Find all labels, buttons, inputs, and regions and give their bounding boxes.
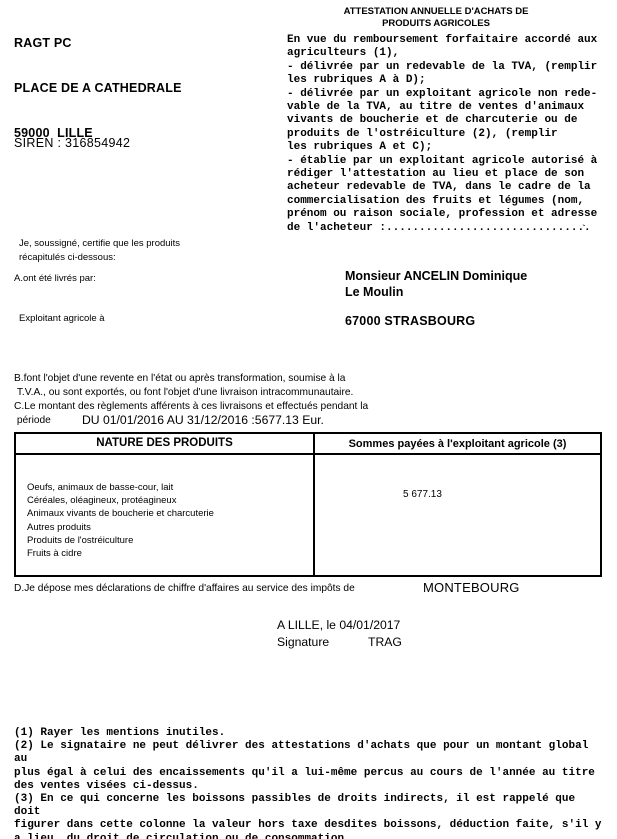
products-table: NATURE DES PRODUITS Sommes payées à l'ex…: [14, 432, 602, 577]
products-table-header: NATURE DES PRODUITS Sommes payées à l'ex…: [16, 434, 600, 455]
tax-office-name: MONTEBOURG: [423, 580, 520, 595]
supplier-city: 67000 STRASBOURG: [345, 314, 475, 328]
exploitant-label: Exploitant agricole à: [19, 313, 105, 324]
document-title-line1: ATTESTATION ANNUELLE D'ACHATS DE: [300, 6, 572, 18]
product-row: Produits de l'ostréiculture: [27, 534, 313, 547]
issuer-street: PLACE DE A CATHEDRALE: [14, 81, 182, 96]
footnote-1: (1) Rayer les mentions inutiles.: [14, 727, 606, 740]
intro-legal-text: En vue du remboursement forfaitaire acco…: [287, 34, 607, 235]
product-row: Autres produits: [27, 521, 313, 534]
siren-number: SIREN : 316854942: [14, 136, 130, 150]
signature-value: TRAG: [368, 635, 402, 649]
attestation-document: RAGT PC PLACE DE A CATHEDRALE 59000 LILL…: [0, 0, 617, 839]
amount-cell: 5 677.13: [315, 455, 600, 575]
issuer-name: RAGT PC: [14, 36, 182, 51]
product-row: Céréales, oléagineux, protéagineux: [27, 494, 313, 507]
footnotes: (1) Rayer les mentions inutiles. (2) Le …: [14, 727, 606, 839]
product-row: Oeufs, animaux de basse-cour, lait: [27, 481, 313, 494]
amount-paid-value: 5 677.13: [403, 489, 442, 500]
column-header-nature: NATURE DES PRODUITS: [16, 434, 315, 453]
footnote-2: (2) Le signataire ne peut délivrer des a…: [14, 740, 606, 793]
column-header-sommes: Sommes payées à l'exploitant agricole (3…: [315, 434, 600, 453]
place-and-date: A LILLE, le 04/01/2017: [277, 618, 400, 632]
document-title: ATTESTATION ANNUELLE D'ACHATS DE PRODUIT…: [300, 6, 572, 30]
section-b-text: B.font l'objet d'une revente en l'état o…: [14, 372, 353, 400]
section-a-label: A.ont été livrés par:: [14, 273, 96, 284]
intro-trailing-mark: `: [581, 225, 587, 236]
products-table-body: Oeufs, animaux de basse-cour, lait Céréa…: [16, 455, 600, 575]
product-list: Oeufs, animaux de basse-cour, lait Céréa…: [16, 455, 315, 575]
document-title-line2: PRODUITS AGRICOLES: [300, 18, 572, 30]
footnote-3: (3) En ce qui concerne les boissons pass…: [14, 793, 606, 839]
certify-statement: Je, soussigné, certifie que les produits…: [19, 237, 180, 265]
product-row: Animaux vivants de boucherie et charcute…: [27, 507, 313, 520]
period-and-amount: DU 01/01/2016 AU 31/12/2016 :5677.13 Eur…: [82, 413, 324, 427]
product-row: Fruits à cidre: [27, 547, 313, 560]
supplier-name-address: Monsieur ANCELIN Dominique Le Moulin: [345, 269, 527, 300]
section-d-label: D.Je dépose mes déclarations de chiffre …: [14, 583, 355, 594]
signature-label: Signature: [277, 635, 329, 649]
